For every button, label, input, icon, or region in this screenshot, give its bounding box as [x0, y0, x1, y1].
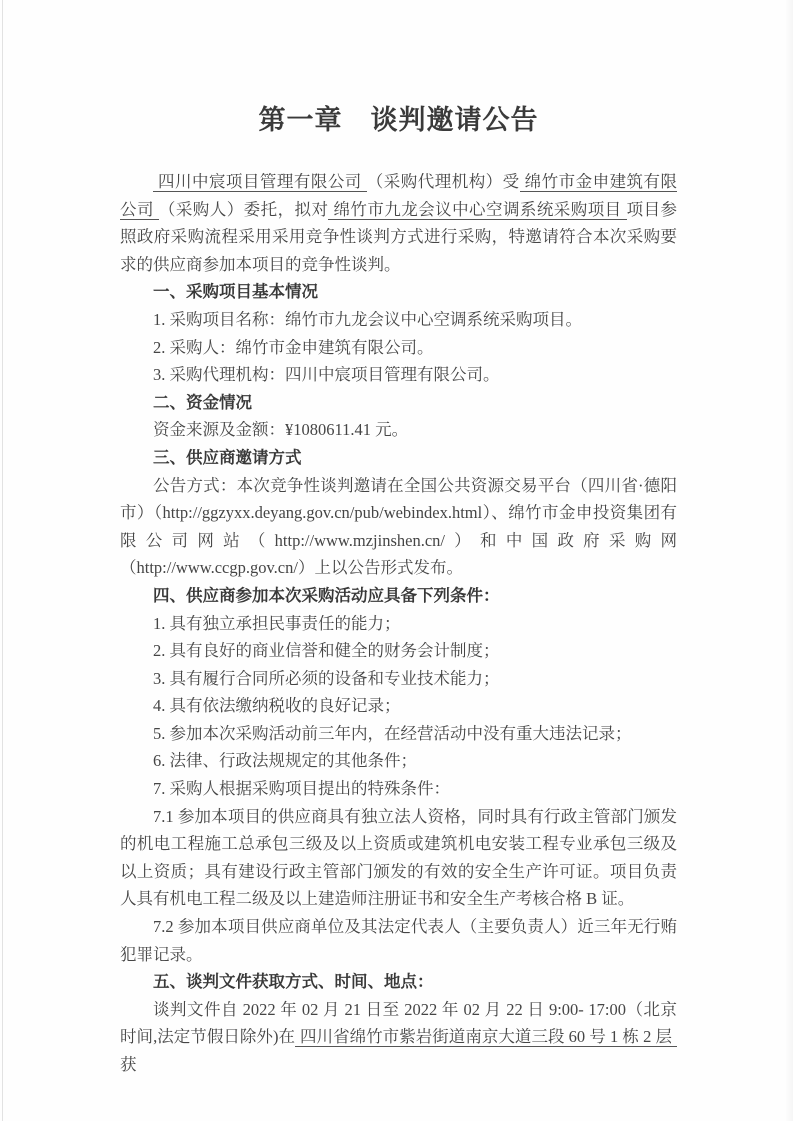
document-page: 第一章 谈判邀请公告 四川中宸项目管理有限公司（采购代理机构）受绵竹市金申建筑有…: [0, 0, 793, 1121]
text-run: 7. 采购人根据采购项目提出的特殊条件：: [153, 779, 450, 798]
paragraph: 谈判文件自 2022 年 02 月 21 日至 2022 年 02 月 22 日…: [120, 996, 677, 1079]
text-run: 4. 具有依法缴纳税收的良好记录；: [153, 696, 401, 715]
text-run: 三、供应商邀请方式: [153, 448, 302, 467]
text-run: 7.2 参加本项目供应商单位及其法定代表人（主要负责人）近三年无行贿犯罪记录。: [120, 917, 677, 964]
section-heading: 一、采购项目基本情况: [120, 278, 677, 306]
paragraph: 7.2 参加本项目供应商单位及其法定代表人（主要负责人）近三年无行贿犯罪记录。: [120, 913, 677, 968]
text-run: 3. 具有履行合同所必须的设备和专业技术能力；: [153, 669, 500, 688]
paragraph: 2. 具有良好的商业信誉和健全的财务会计制度；: [120, 637, 677, 665]
text-run: 五、谈判文件获取方式、时间、地点：: [153, 972, 434, 991]
text-run: 资金来源及金额：¥1080611.41 元。: [153, 420, 408, 439]
text-run: （采购人）委托，拟对: [159, 200, 329, 219]
text-run: 获: [120, 1055, 137, 1074]
paragraph: 7.1 参加本项目的供应商具有独立法人资格，同时具有行政主管部门颁发的机电工程施…: [120, 803, 677, 913]
paragraph: 7. 采购人根据采购项目提出的特殊条件：: [120, 775, 677, 803]
section-heading: 三、供应商邀请方式: [120, 444, 677, 472]
paragraph: 2. 采购人：绵竹市金申建筑有限公司。: [120, 334, 677, 362]
text-run: 5. 参加本次采购活动前三年内，在经营活动中没有重大违法记录；: [153, 724, 632, 743]
text-run: 公告方式：本次竞争性谈判邀请在全国公共资源交易平台（四川省·德阳市）（http:…: [120, 476, 677, 578]
paragraph: 四川中宸项目管理有限公司（采购代理机构）受绵竹市金申建筑有限公司（采购人）委托，…: [120, 168, 677, 278]
section-heading: 四、供应商参加本次采购活动应具备下列条件：: [120, 582, 677, 610]
underlined-text: 四川中宸项目管理有限公司: [153, 172, 367, 192]
text-run: 3. 采购代理机构：四川中宸项目管理有限公司。: [153, 365, 500, 384]
text-run: 1. 具有独立承担民事责任的能力；: [153, 614, 401, 633]
document-body: 四川中宸项目管理有限公司（采购代理机构）受绵竹市金申建筑有限公司（采购人）委托，…: [120, 168, 677, 1079]
text-run: 一、采购项目基本情况: [153, 282, 318, 301]
text-run: 6. 法律、行政法规规定的其他条件；: [153, 751, 417, 770]
paragraph: 6. 法律、行政法规规定的其他条件；: [120, 747, 677, 775]
paragraph: 5. 参加本次采购活动前三年内，在经营活动中没有重大违法记录；: [120, 720, 677, 748]
text-run: （采购代理机构）受: [367, 172, 520, 191]
paragraph: 1. 具有独立承担民事责任的能力；: [120, 610, 677, 638]
paragraph: 1. 采购项目名称：绵竹市九龙会议中心空调系统采购项目。: [120, 306, 677, 334]
paragraph: 3. 采购代理机构：四川中宸项目管理有限公司。: [120, 361, 677, 389]
text-run: 2. 采购人：绵竹市金申建筑有限公司。: [153, 338, 434, 357]
page-title: 第一章 谈判邀请公告: [120, 102, 677, 138]
text-run: 1. 采购项目名称：绵竹市九龙会议中心空调系统采购项目。: [153, 310, 582, 329]
text-run: 7.1 参加本项目的供应商具有独立法人资格，同时具有行政主管部门颁发的机电工程施…: [120, 807, 677, 909]
text-run: 二、资金情况: [153, 393, 252, 412]
section-heading: 二、资金情况: [120, 389, 677, 417]
underlined-text: 四川省绵竹市紫岩街道南京大道三段 60 号 1 栋 2 层: [295, 1027, 677, 1047]
paragraph: 3. 具有履行合同所必须的设备和专业技术能力；: [120, 665, 677, 693]
paragraph: 资金来源及金额：¥1080611.41 元。: [120, 416, 677, 444]
paragraph: 4. 具有依法缴纳税收的良好记录；: [120, 692, 677, 720]
section-heading: 五、谈判文件获取方式、时间、地点：: [120, 968, 677, 996]
paragraph: 公告方式：本次竞争性谈判邀请在全国公共资源交易平台（四川省·德阳市）（http:…: [120, 472, 677, 582]
underlined-text: 绵竹市九龙会议中心空调系统采购项目: [328, 200, 626, 220]
text-run: 四、供应商参加本次采购活动应具备下列条件：: [153, 586, 500, 605]
text-run: 2. 具有良好的商业信誉和健全的财务会计制度；: [153, 641, 500, 660]
